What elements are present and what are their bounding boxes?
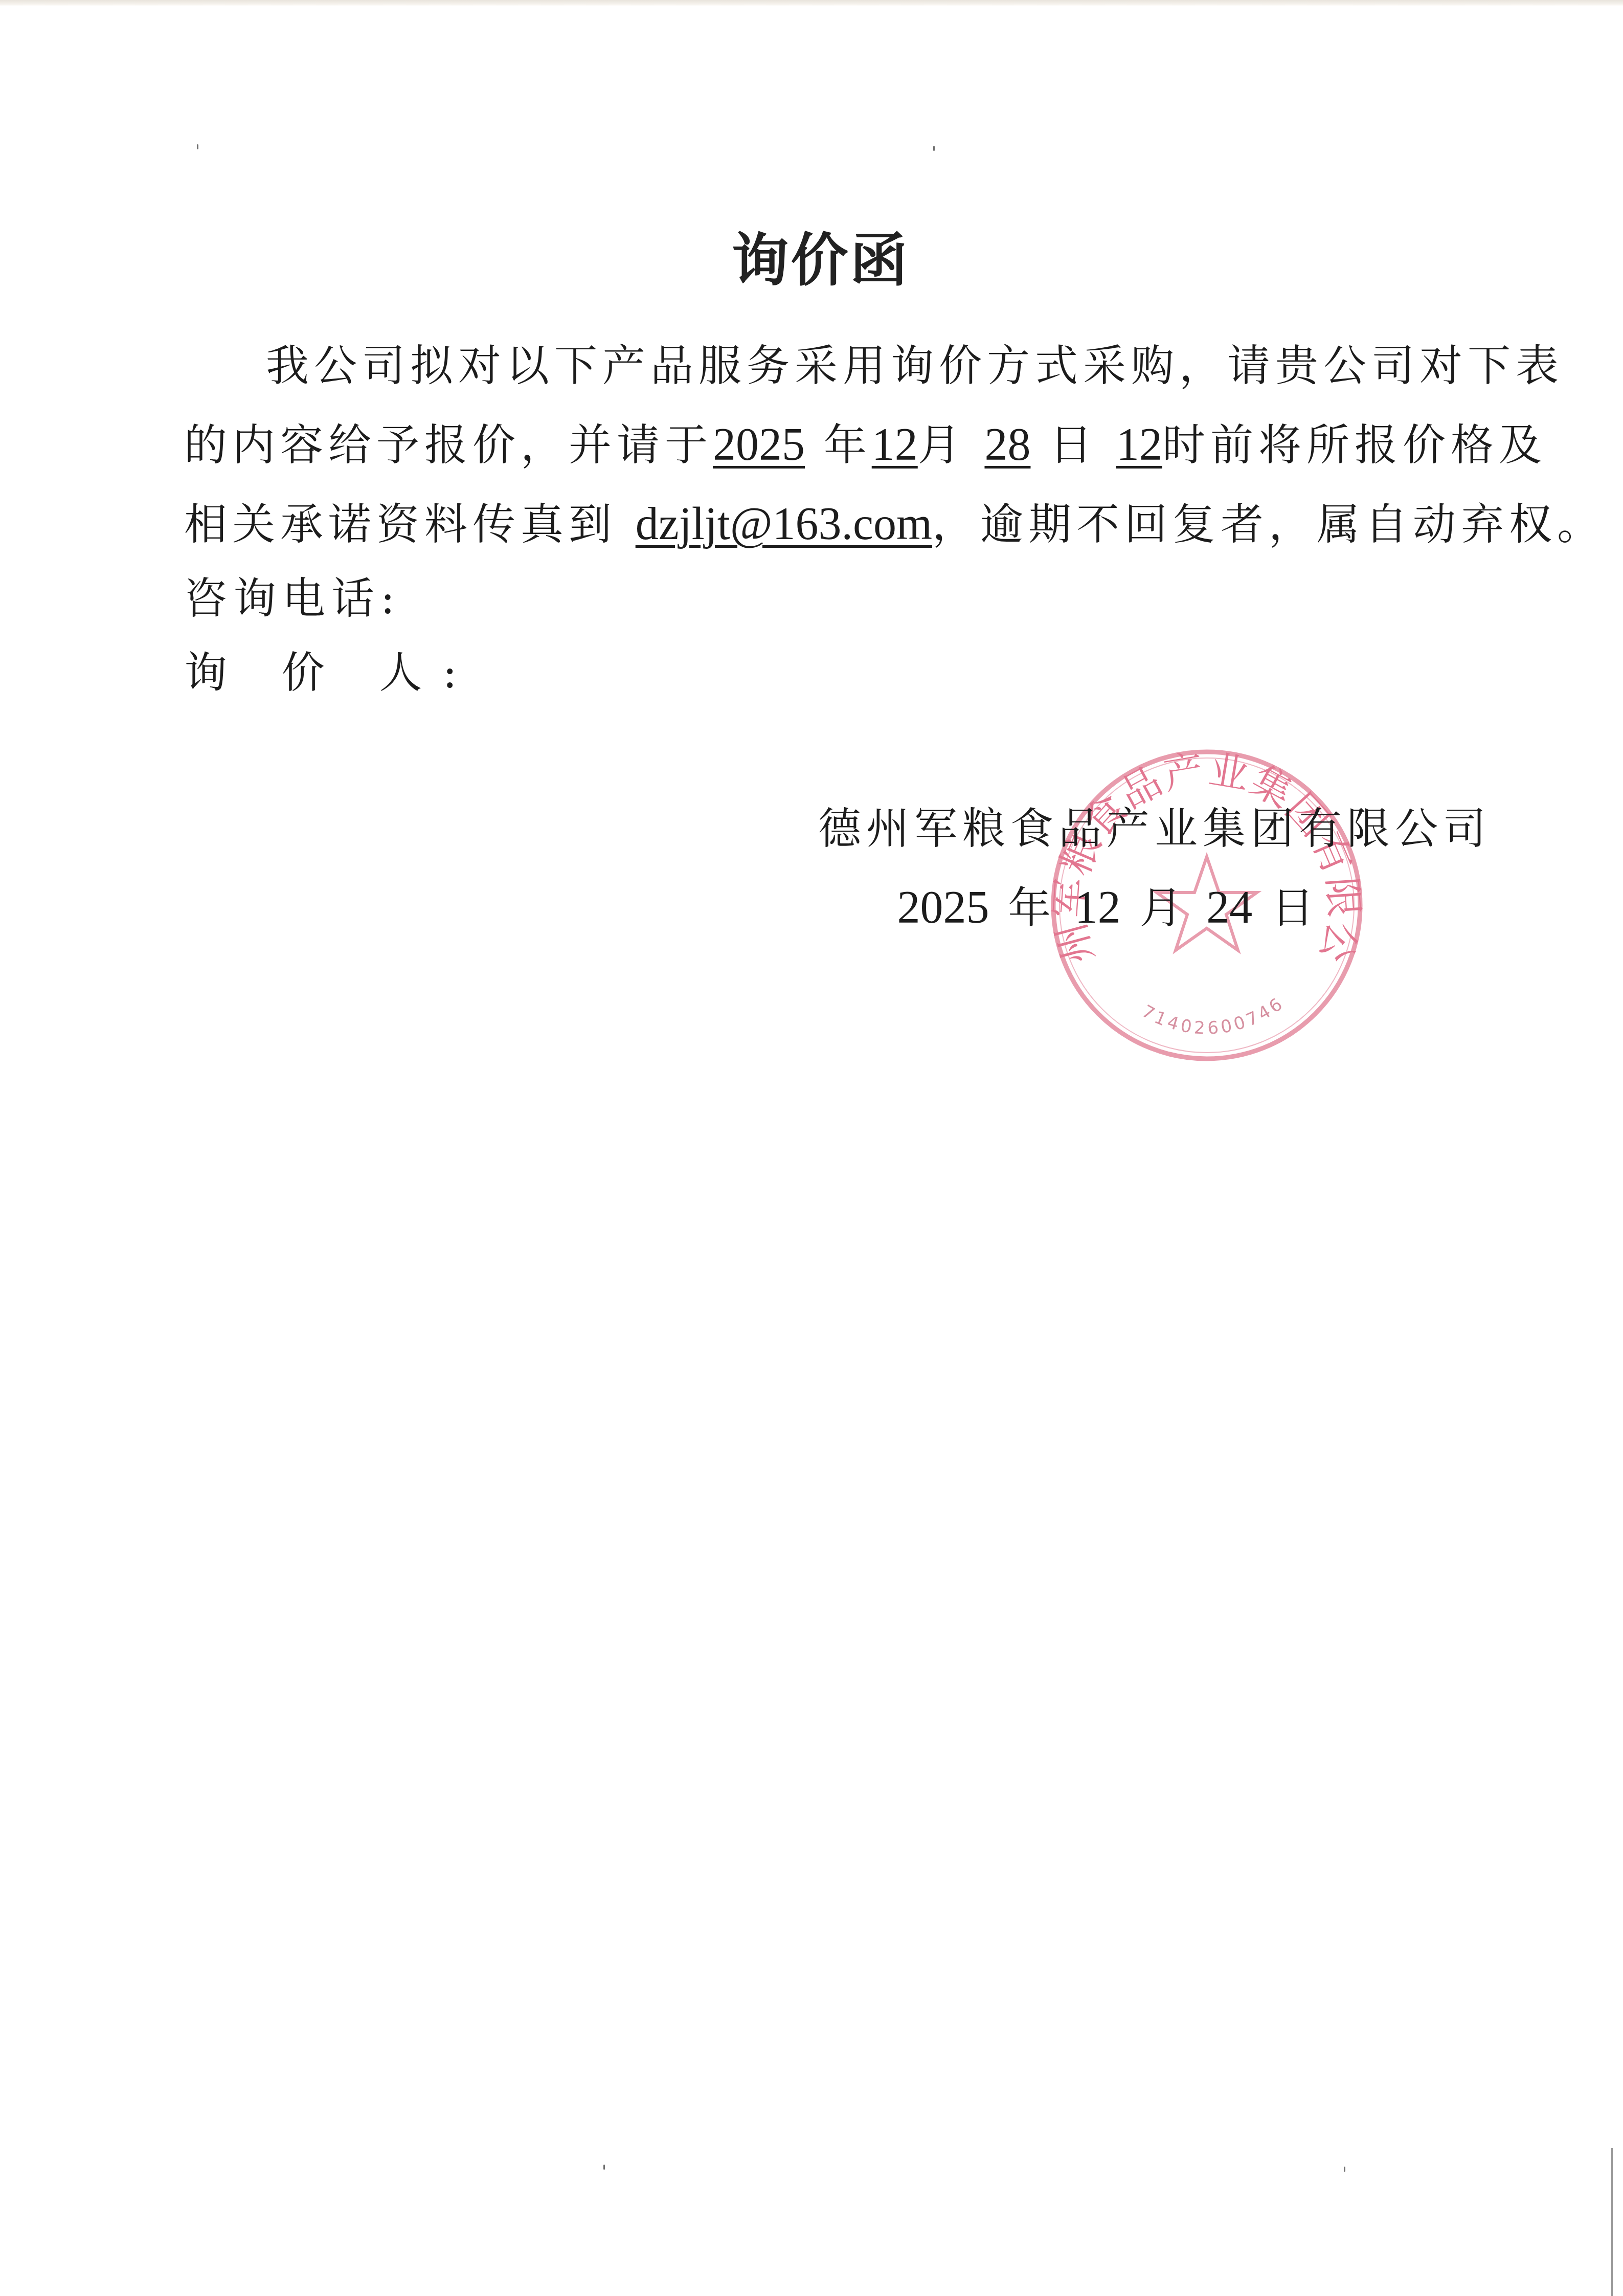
signature-month-suffix: 月 — [1140, 883, 1188, 933]
deadline-hour: 12 — [1116, 419, 1162, 470]
deadline-month: 12 — [872, 419, 918, 470]
line-3-prefix: 相关承诺资料传真到 — [184, 499, 617, 549]
month-suffix: 月 — [918, 420, 966, 470]
paragraph-line-2: 的内容给予报价，并请于2025 年12月 28 日 12时前将所报价格及 — [184, 417, 1452, 473]
document-title: 询价函 — [0, 215, 1623, 297]
paragraph-line-1-text: 我公司拟对以下产品服务采用询价方式采购，请贵公司对下表 — [266, 341, 1564, 391]
paragraph-line-1: 我公司拟对以下产品服务采用询价方式采购，请贵公司对下表 — [266, 338, 1452, 394]
signature-year-suffix: 年 — [1008, 883, 1056, 933]
inquirer-row: 询 价 人: — [184, 644, 1452, 701]
line-2-prefix: 的内容给予报价，并请于 — [184, 420, 713, 470]
year-suffix: 年 — [824, 420, 872, 470]
signature-month: 12 — [1075, 882, 1121, 933]
inquiry-letter-page: 询价函 我公司拟对以下产品服务采用询价方式采购，请贵公司对下表 的内容给予报价，… — [0, 0, 1623, 2296]
signature-date: 2025 年 12 月 24 日 — [818, 880, 1319, 936]
paragraph-line-3: 相关承诺资料传真到 dzjljt@163.com，逾期不回复者，属自动弃权。 — [184, 496, 1452, 552]
signature-company: 德州军粮食品产业集团有限公司 — [818, 800, 1452, 857]
signature-day-suffix: 日 — [1271, 883, 1319, 933]
day-suffix: 日 — [1049, 420, 1097, 470]
contact-phone-label: 咨询电话: — [184, 573, 401, 623]
signature-day: 24 — [1206, 882, 1252, 933]
line-2-suffix: 时前将所报价格及 — [1162, 420, 1547, 470]
contact-phone-row: 咨询电话: — [184, 570, 1452, 627]
email-link[interactable]: dzjljt@163.com — [636, 499, 932, 549]
deadline-year: 2025 — [713, 419, 805, 470]
line-3-suffix: ，逾期不回复者，属自动弃权。 — [932, 499, 1605, 549]
signature-company-name: 德州军粮食品产业集团有限公司 — [818, 804, 1491, 854]
signature-year: 2025 — [897, 882, 989, 933]
inquirer-label: 询 价 人: — [184, 648, 478, 698]
deadline-day: 28 — [984, 419, 1030, 470]
